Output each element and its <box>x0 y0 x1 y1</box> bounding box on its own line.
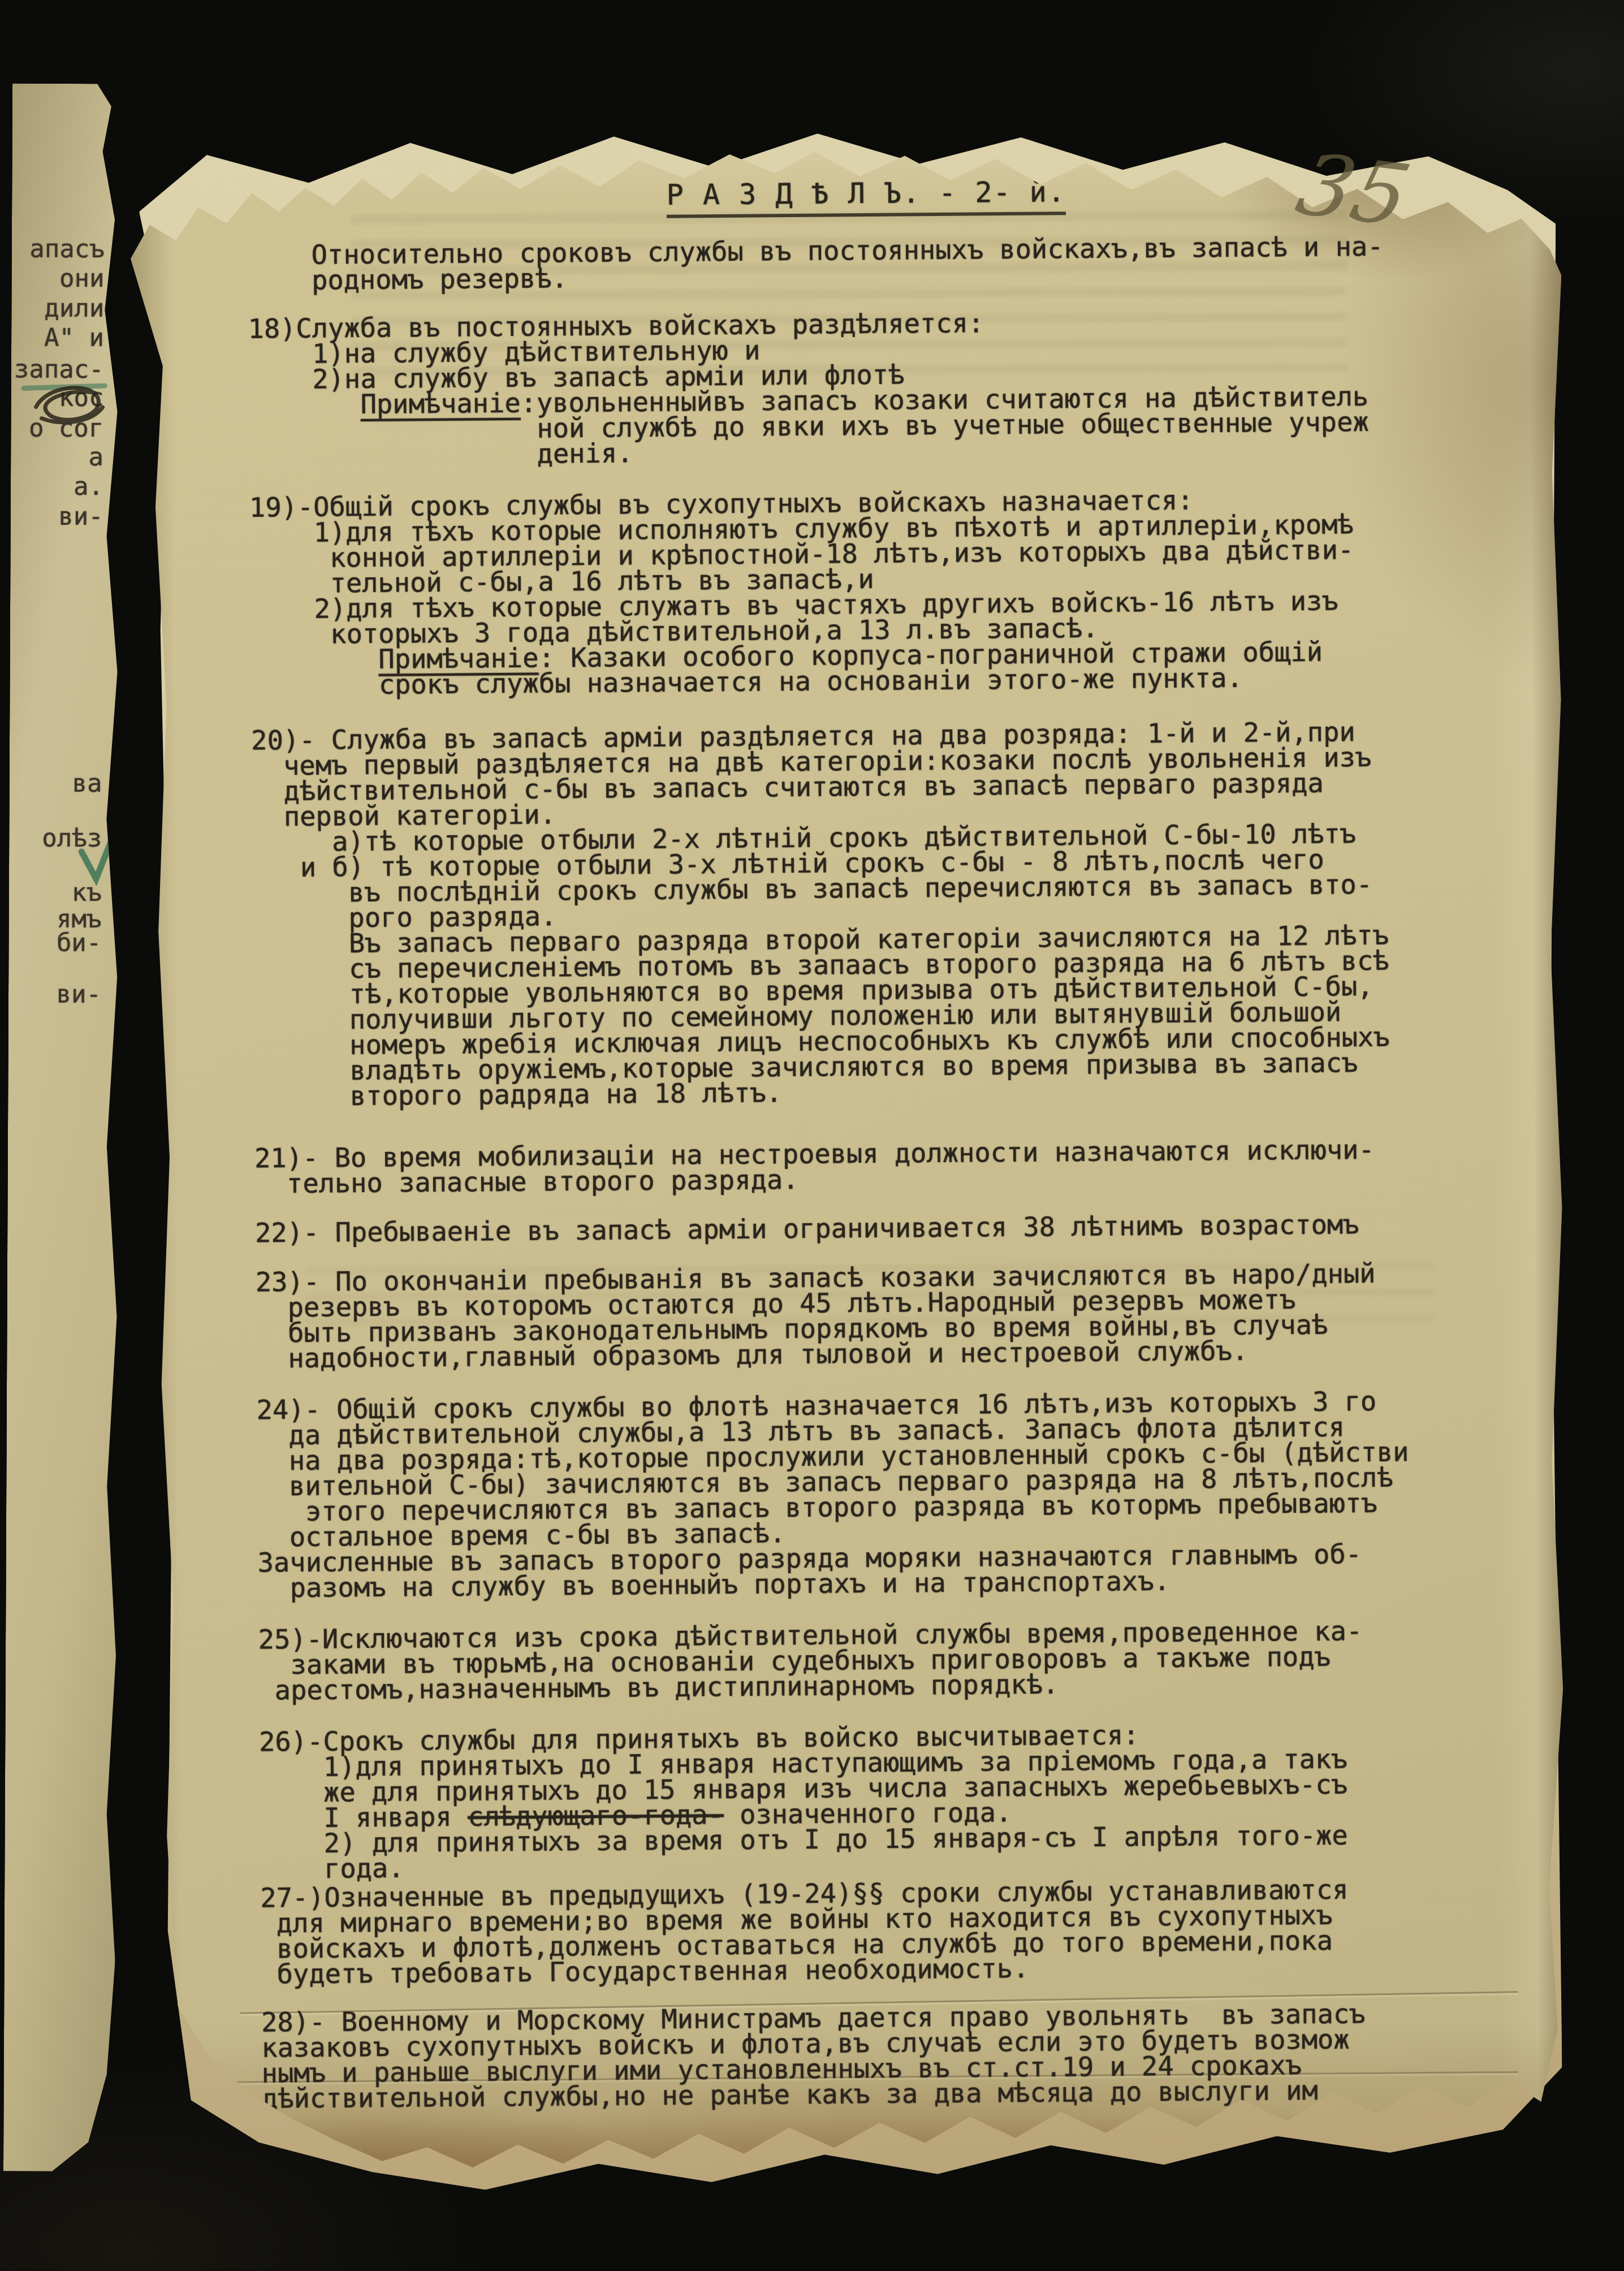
archival-photo: апасъ они дили А" и запас- кос о сог а а… <box>0 0 1624 2271</box>
page-title: Р А З Д Ѣ Л Ъ. - 2- й. <box>666 179 1066 218</box>
article-21: 21)- Во время мобилизаціи на нестроевыя … <box>254 1136 1550 1197</box>
intro-paragraph: Относительно сроковъ службы въ постоянны… <box>247 233 1543 294</box>
article-23: 23)- По окончаніи пребыванія въ запасѣ к… <box>256 1260 1551 1372</box>
article-20: 20)- Служба въ запасѣ арміи раздѣляется … <box>251 718 1549 1110</box>
article-28: 28)- Военному и Морскому Министрамъ дает… <box>261 2000 1557 2112</box>
article-18: 18)Служба въ постоянныхъ войскахъ раздѣл… <box>248 306 1544 469</box>
margin-fragment: къ <box>72 880 102 906</box>
margin-fragment: они <box>59 266 105 292</box>
previous-page-strip: апасъ они дили А" и запас- кос о сог а а… <box>3 84 141 2172</box>
margin-fragment: апасъ <box>29 236 105 263</box>
article-27: 27-)Означенные въ предыдущихъ (19-24)§§ … <box>260 1876 1556 1988</box>
article-25: 25)-Исключаются изъ срока дѣйствительной… <box>258 1617 1554 1704</box>
margin-fragment: ви- <box>58 504 103 530</box>
margin-fragment: А" и <box>44 325 104 351</box>
document-page: Р А З Д Ѣ Л Ъ. - 2- й. Относительно срок… <box>130 133 1570 2190</box>
margin-fragment: о сог <box>29 416 104 442</box>
margin-fragment: би- <box>57 930 102 956</box>
article-24: 24)- Общій срокъ службы во флотѣ назнача… <box>256 1388 1553 1601</box>
green-check-icon <box>76 812 127 886</box>
margin-fragment: ва <box>72 771 102 797</box>
margin-fragment: а <box>89 444 104 470</box>
typewritten-text-block: Р А З Д Ѣ Л Ъ. - 2- й. Относительно срок… <box>247 176 1557 2112</box>
margin-fragment: ви- <box>56 982 101 1008</box>
article-19: 19)-Общій срокъ службы въ сухопутныхъ во… <box>249 485 1546 699</box>
margin-fragment: дили <box>44 296 104 322</box>
article-26: 26)-Срокъ службы для принятыхъ въ войско… <box>259 1720 1555 1883</box>
margin-fragment: а. <box>74 474 103 500</box>
article-22: 22)- Пребываеніе въ запасѣ арміи огранич… <box>255 1211 1550 1246</box>
